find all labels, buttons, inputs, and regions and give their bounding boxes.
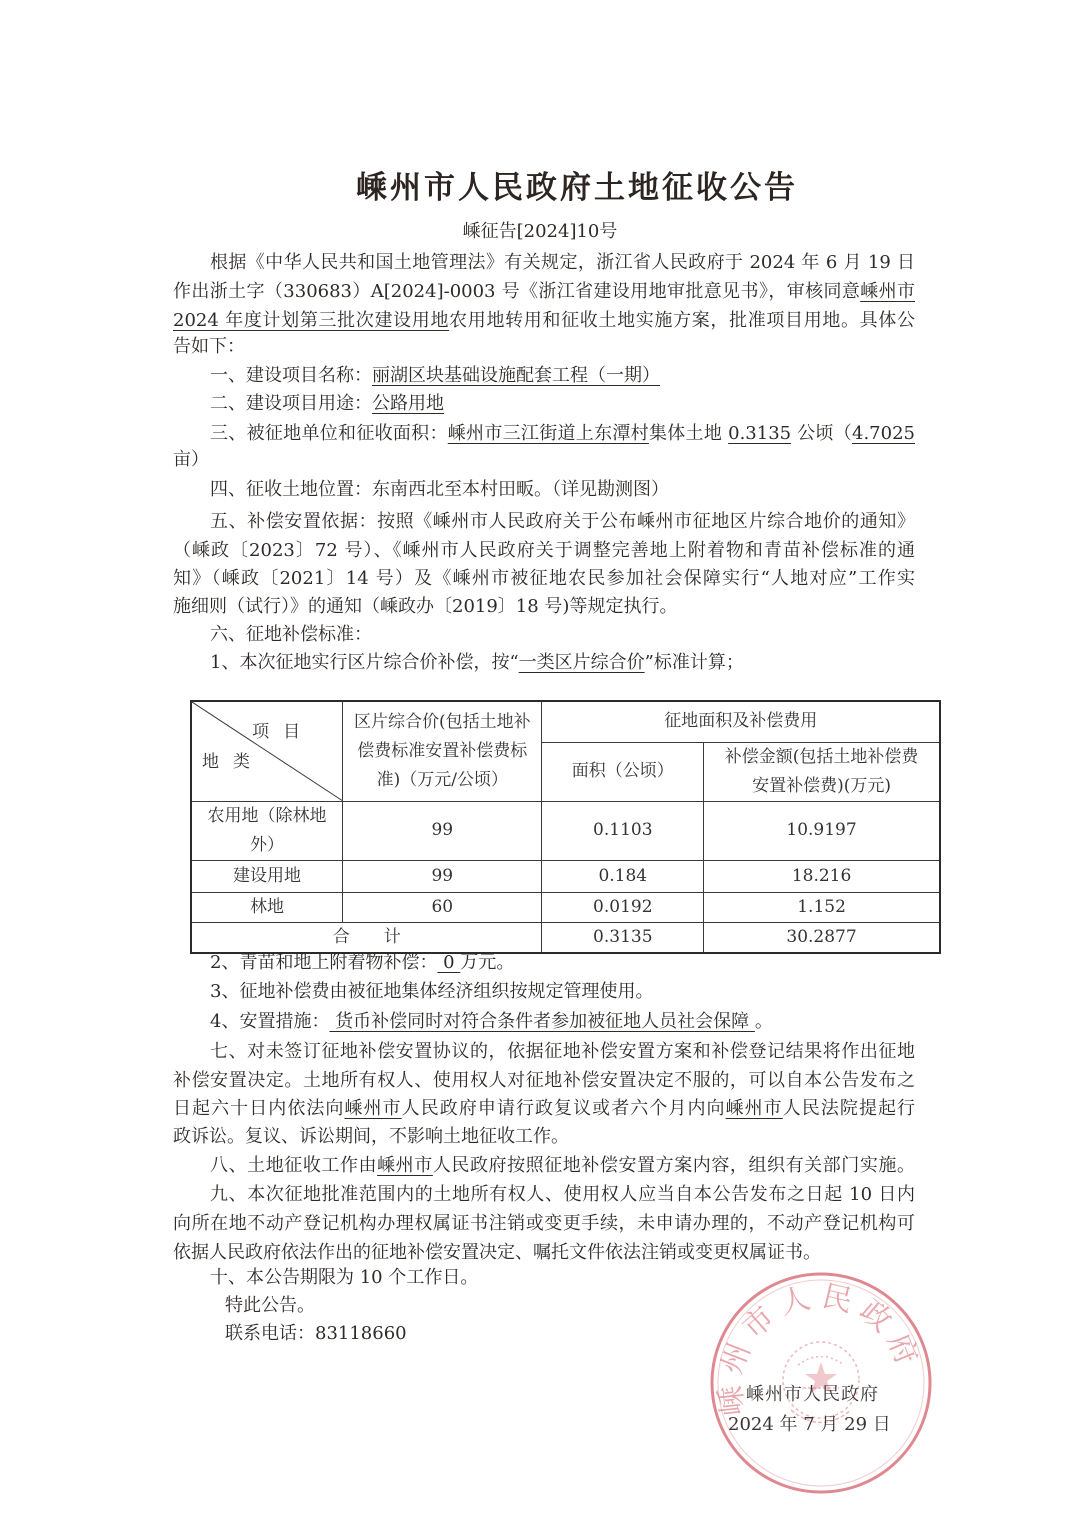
item-7-line-3: 日起六十日内依法向嵊州市人民政府申请行政复议或者六个月内向嵊州市人民法院提起行 [173, 1096, 915, 1122]
intro-line-3: 2024 年度计划第三批次建设用地农用地转用和征收土地实施方案，批准项目用地。具… [173, 308, 915, 334]
col-header-group: 征地面积及补偿费用 [542, 701, 940, 742]
intro-line-1: 根据《中华人民共和国土地管理法》有关规定，浙江省人民政府于 2024 年 6 月… [210, 250, 915, 276]
item-2-project-use: 二、建设项目用途：公路用地 [210, 391, 915, 417]
cell-area: 0.184 [542, 860, 704, 892]
issue-date: 2024 年 7 月 29 日 [728, 1413, 891, 1437]
table-row: 林地 60 0.0192 1.152 [191, 892, 940, 922]
item-8: 八、土地征收工作由嵊州市人民政府按照征地补偿安置方案内容，组织有关部门实施。 [210, 1153, 915, 1179]
item-5-line-3: 知》（嵊政〔2021〕14 号）及《嵊州市被征地农民参加社会保障实行“人地对应”… [173, 566, 915, 592]
item-9-line-1: 九、本次征地批准范围内的土地所有权人、使用权人应当自本公告发布之日起 10 日内 [210, 1182, 915, 1208]
cell-amount: 1.152 [704, 892, 940, 922]
table-row: 建设用地 99 0.184 18.216 [191, 860, 940, 892]
document-title: 嵊州市人民政府土地征收公告 [356, 168, 740, 208]
item-5-line-2: （嵊政〔2023〕72 号）、《嵊州市人民政府关于调整完善地上附着物和青苗补偿标… [173, 538, 915, 564]
cell-amount: 10.9197 [704, 801, 940, 860]
item-9-line-2: 向所在地不动产登记机构办理权属证书注销或变更手续，未申请办理的，不动产登记机构可 [173, 1211, 915, 1237]
table-total-row: 合 计 0.3135 30.2877 [191, 922, 940, 953]
cell-price: 99 [343, 801, 542, 860]
cell-total-amount: 30.2877 [704, 922, 940, 953]
item-6-2: 2、青苗和地上附着物补偿： 0 万元。 [210, 950, 915, 976]
cell-price: 99 [343, 860, 542, 892]
item-5-line-1: 五、补偿安置依据：按照《嵊州市人民政府关于公布嵊州市征地区片综合地价的通知》 [210, 509, 915, 535]
item-7-line-2: 补偿安置决定。土地所有权人、使用权人对征地补偿安置决定不服的，可以自本公告发布之 [173, 1068, 915, 1094]
issuer-name: 嵊州市人民政府 [746, 1383, 879, 1407]
cell-area: 0.1103 [542, 801, 704, 860]
cell-type: 农用地（除林地外） [191, 801, 343, 860]
item-9-line-3: 依据人民政府依法作出的征地补偿安置决定、嘱托文件依法注销或变更权属证书。 [173, 1240, 915, 1266]
intro-line-2: 作出浙土字（330683）A[2024]-0003 号《浙江省建设用地审批意见书… [173, 279, 915, 305]
diag-label-item: 项目 [252, 718, 314, 747]
item-3-area-tail: 亩） [173, 447, 915, 473]
cell-area: 0.0192 [542, 892, 704, 922]
diag-label-type: 地类 [202, 748, 264, 777]
item-6-heading: 六、征地补偿标准： [210, 622, 915, 648]
table-row: 农用地（除林地外） 99 0.1103 10.9197 [191, 801, 940, 860]
cell-amount: 18.216 [704, 860, 940, 892]
cell-type: 林地 [191, 892, 343, 922]
item-5-line-4: 施细则（试行）》的通知（嵊政办〔2019〕18 号)等规定执行。 [173, 594, 915, 620]
document-number: 嵊征告[2024]10号 [0, 219, 1080, 245]
table-diagonal-header: 项目 地类 [191, 701, 343, 801]
col-header-area: 面积（公顷） [542, 742, 704, 801]
item-6-4: 4、安置措施： 货币补偿同时对符合条件者参加被征地人员社会保障 。 [210, 1009, 915, 1035]
item-7-line-1: 七、对未签订征地补偿安置协议的，依据征地补偿安置方案和补偿登记结果将作出征地 [210, 1039, 915, 1065]
cell-total-label: 合 计 [191, 922, 542, 953]
col-header-amount: 补偿金额(包括土地补偿费安置补偿费)(万元) [704, 742, 940, 801]
compensation-table: 项目 地类 区片综合价(包括土地补偿费标准安置补偿费标准)（万元/公顷） 征地面… [190, 700, 941, 954]
cell-type: 建设用地 [191, 860, 343, 892]
item-6-1: 1、本次征地实行区片综合价补偿，按“一类区片综合价”标准计算； [210, 650, 915, 676]
item-4-location: 四、征收土地位置：东南西北至本村田畈。（详见勘测图） [210, 477, 915, 503]
item-1-project-name: 一、建设项目名称：丽湖区块基础设施配套工程（一期） [210, 363, 915, 389]
cell-price: 60 [343, 892, 542, 922]
item-3-area: 三、被征地单位和征收面积：嵊州市三江街道上东潭村集体土地 0.3135 公顷（4… [210, 421, 915, 447]
col-header-price: 区片综合价(包括土地补偿费标准安置补偿费标准)（万元/公顷） [343, 701, 542, 801]
intro-line-4: 告如下： [173, 334, 915, 360]
cell-total-area: 0.3135 [542, 922, 704, 953]
item-6-3: 3、征地补偿费由被征地集体经济组织按规定管理使用。 [210, 979, 915, 1005]
item-7-line-4: 政诉讼。复议、诉讼期间，不影响土地征收工作。 [173, 1124, 915, 1150]
